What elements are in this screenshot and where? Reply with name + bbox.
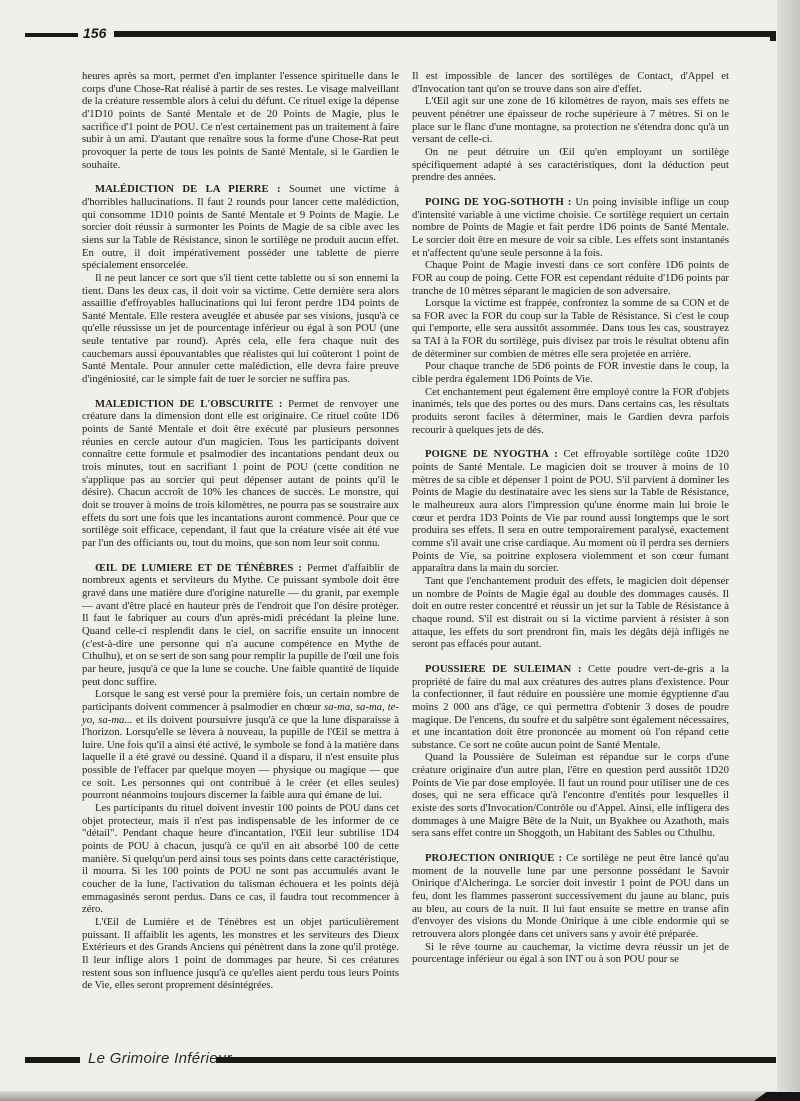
footer-title: Le Grimoire Inférieur: [88, 1050, 232, 1067]
paragraph: Lorsque le sang est versé pour la premiè…: [82, 688, 399, 802]
footer-rule-left: [25, 1057, 80, 1063]
spell-heading: MALEDICTION DE L'OBSCURITE :: [95, 398, 288, 410]
header-rule-end: [770, 37, 776, 41]
paragraph-text: Permet de renvoyer une créature dans la …: [82, 398, 399, 549]
spell-heading: MALÉDICTION DE LA PIERRE :: [95, 183, 289, 195]
page-number: 156: [83, 25, 106, 41]
spell-heading: POIGNE DE NYOGTHA :: [425, 448, 563, 460]
spell-section-paragraph: PROJECTION ONIRIQUE : Ce sortilège ne pe…: [412, 852, 729, 941]
paragraph-text: Cet effroyable sortilège coûte 1D20 poin…: [412, 448, 729, 574]
spell-section-paragraph: POUSSIERE DE SULEIMAN : Cette poudre ver…: [412, 663, 729, 752]
paragraph: Pour chaque tranche de 5D6 points de FOR…: [412, 360, 729, 385]
paragraph: Si le rêve tourne au cauchemar, la victi…: [412, 941, 729, 966]
spell-heading: POUSSIERE DE SULEIMAN :: [425, 663, 588, 675]
page-edge-right: [777, 0, 800, 1101]
spell-section-paragraph: POIGNE DE NYOGTHA : Cet effroyable sorti…: [412, 448, 729, 575]
left-column: heures après sa mort, permet d'en implan…: [82, 70, 399, 992]
paragraph: Chaque Point de Magie investi dans ce so…: [412, 259, 729, 297]
right-column: Il est impossible de lancer des sortilèg…: [412, 70, 729, 966]
paragraph-text: et ils doivent poursuivre jusqu'à ce que…: [82, 714, 399, 802]
paragraph: Lorsque la victime est frappée, confront…: [412, 297, 729, 360]
spell-section-paragraph: MALÉDICTION DE LA PIERRE : Soumet une vi…: [82, 183, 399, 272]
paragraph: Les participants du rituel doivent inves…: [82, 802, 399, 916]
continuation-paragraph: Il est impossible de lancer des sortilèg…: [412, 70, 729, 95]
paragraph: Quand la Poussière de Suleiman est répan…: [412, 751, 729, 840]
paragraph-text: Cette poudre vert-de-gris a la propriété…: [412, 663, 729, 751]
header-rule-left: [25, 33, 78, 37]
footer-rule: [216, 1057, 776, 1063]
paragraph: L'Œil de Lumière et de Ténèbres est un o…: [82, 916, 399, 992]
paragraph: Tant que l'enchantement produit des effe…: [412, 575, 729, 651]
page-edge-bottom: [0, 1091, 800, 1101]
paragraph-text: Permet d'affaiblir de nombreux agents et…: [82, 562, 399, 688]
paragraph-text: Soumet une victime à d'horribles halluci…: [82, 183, 399, 271]
paragraph: On ne peut détruire un Œil qu'en employa…: [412, 146, 729, 184]
spell-section-paragraph: POING DE YOG-SOTHOTH : Un poing invisibl…: [412, 196, 729, 259]
book-page: 156 heures après sa mort, permet d'en im…: [0, 0, 800, 1101]
spell-heading: ŒIL DE LUMIERE ET DE TÉNÈBRES :: [95, 562, 307, 574]
paragraph: Il ne peut lancer ce sort que s'il tient…: [82, 272, 399, 386]
spell-section-paragraph: MALEDICTION DE L'OBSCURITE : Permet de r…: [82, 398, 399, 550]
continuation-paragraph: heures après sa mort, permet d'en implan…: [82, 70, 399, 171]
paragraph: Cet enchantement peut également être emp…: [412, 386, 729, 437]
spell-section-paragraph: ŒIL DE LUMIERE ET DE TÉNÈBRES : Permet d…: [82, 562, 399, 689]
paragraph: L'Œil agit sur une zone de 16 kilomètres…: [412, 95, 729, 146]
spell-heading: PROJECTION ONIRIQUE :: [425, 852, 566, 864]
spell-heading: POING DE YOG-SOTHOTH :: [425, 196, 575, 208]
paragraph-text: Ce sortilège ne peut être lancé qu'au mo…: [412, 852, 729, 940]
header-rule: [114, 31, 776, 37]
